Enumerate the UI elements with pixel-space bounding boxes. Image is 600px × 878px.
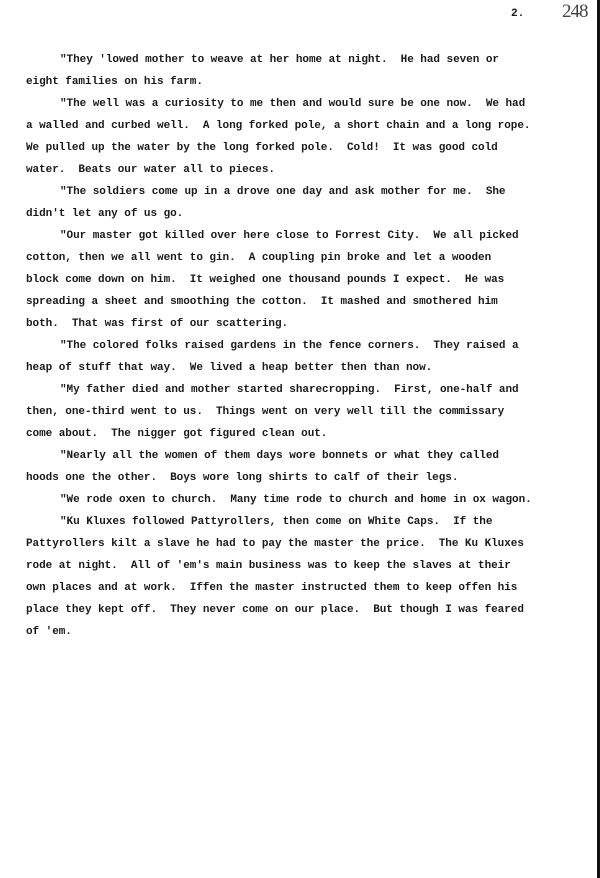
text-line: "They 'lowed mother to weave at her home… — [26, 49, 571, 71]
text-line: of 'em. — [26, 621, 571, 643]
page-number: 2. — [511, 8, 524, 20]
text-line: "Our master got killed over here close t… — [26, 225, 571, 247]
text-line: own places and at work. Iffen the master… — [26, 577, 571, 599]
paragraph: "Nearly all the women of them days wore … — [26, 445, 571, 489]
paragraph: "Ku Kluxes followed Pattyrollers, then c… — [26, 511, 571, 643]
text-line: block come down on him. It weighed one t… — [26, 269, 571, 291]
paragraph: "The soldiers come up in a drove one day… — [26, 181, 571, 225]
paragraph: "The colored folks raised gardens in the… — [26, 335, 571, 379]
text-line: "We rode oxen to church. Many time rode … — [26, 489, 571, 511]
document-body: "They 'lowed mother to weave at her home… — [26, 49, 571, 643]
text-line: place they kept off. They never come on … — [26, 599, 571, 621]
paragraph: "They 'lowed mother to weave at her home… — [26, 49, 571, 93]
paragraph: "The well was a curiosity to me then and… — [26, 93, 571, 181]
text-line: "The soldiers come up in a drove one day… — [26, 181, 571, 203]
paragraph: "We rode oxen to church. Many time rode … — [26, 489, 571, 511]
text-line: eight families on his farm. — [26, 71, 571, 93]
stamp-number: 248 — [562, 1, 588, 23]
text-line: We pulled up the water by the long forke… — [26, 137, 571, 159]
text-line: come about. The nigger got figured clean… — [26, 423, 571, 445]
text-line: spreading a sheet and smoothing the cott… — [26, 291, 571, 313]
text-line: rode at night. All of 'em's main busines… — [26, 555, 571, 577]
text-line: "Ku Kluxes followed Pattyrollers, then c… — [26, 511, 571, 533]
text-line: "Nearly all the women of them days wore … — [26, 445, 571, 467]
text-line: "The well was a curiosity to me then and… — [26, 93, 571, 115]
text-line: then, one-third went to us. Things went … — [26, 401, 571, 423]
text-line: a walled and curbed well. A long forked … — [26, 115, 571, 137]
text-line: "My father died and mother started share… — [26, 379, 571, 401]
text-line: didn't let any of us go. — [26, 203, 571, 225]
paragraph: "Our master got killed over here close t… — [26, 225, 571, 335]
text-line: "The colored folks raised gardens in the… — [26, 335, 571, 357]
text-line: cotton, then we all went to gin. A coupl… — [26, 247, 571, 269]
text-line: both. That was first of our scattering. — [26, 313, 571, 335]
paragraph: "My father died and mother started share… — [26, 379, 571, 445]
text-line: Pattyrollers kilt a slave he had to pay … — [26, 533, 571, 555]
text-line: water. Beats our water all to pieces. — [26, 159, 571, 181]
text-line: heap of stuff that way. We lived a heap … — [26, 357, 571, 379]
text-line: hoods one the other. Boys wore long shir… — [26, 467, 571, 489]
